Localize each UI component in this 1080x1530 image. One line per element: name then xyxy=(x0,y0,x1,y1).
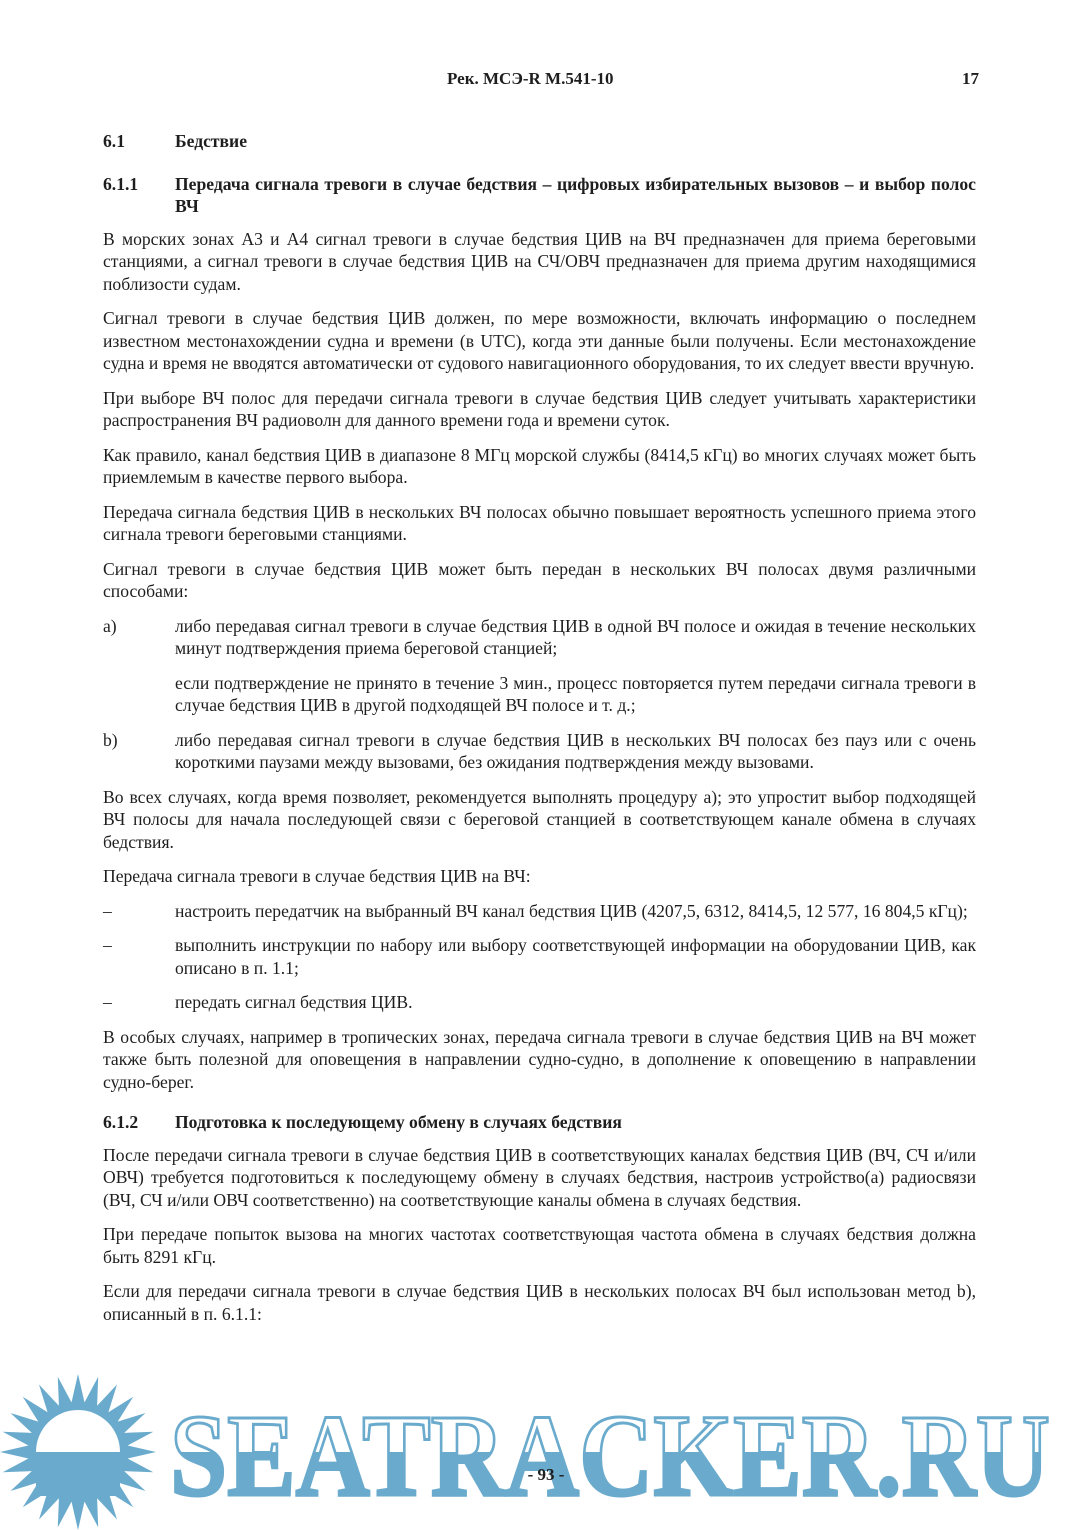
watermark-text: SEATRACKER.RU SEATRACKER.RU xyxy=(170,1390,1050,1521)
list-item: – настроить передатчик на выбранный ВЧ к… xyxy=(103,900,976,923)
running-header: Рек. МСЭ-R M.541-10 17 xyxy=(0,68,1080,92)
paragraph: Сигнал тревоги в случае бедствия ЦИВ дол… xyxy=(103,307,976,375)
list-marker: – xyxy=(103,900,175,923)
paragraph: При выборе ВЧ полос для передачи сигнала… xyxy=(103,387,976,432)
list-marker: – xyxy=(103,934,175,979)
header-page-number: 17 xyxy=(962,68,979,91)
list-item-text: выполнить инструкции по набору или выбор… xyxy=(175,934,976,979)
paragraph: Как правило, канал бедствия ЦИВ в диапаз… xyxy=(103,444,976,489)
list-item-text: либо передавая сигнал тревоги в случае б… xyxy=(175,729,976,774)
paragraph: В особых случаях, например в тропических… xyxy=(103,1026,976,1094)
section-heading-6-1: 6.1 Бедствие xyxy=(103,130,976,153)
list-item: a) либо передавая сигнал тревоги в случа… xyxy=(103,615,976,660)
list-item-text: настроить передатчик на выбранный ВЧ кан… xyxy=(175,900,976,923)
paragraph: Если для передачи сигнала тревоги в случ… xyxy=(103,1280,976,1325)
list-item-text: либо передавая сигнал тревоги в случае б… xyxy=(175,615,976,660)
paragraph: Передача сигнала тревоги в случае бедств… xyxy=(103,865,976,888)
seatracker-watermark: SEATRACKER.RU SEATRACKER.RU xyxy=(0,1370,1080,1530)
section-number: 6.1.2 xyxy=(103,1111,175,1134)
list-item-continuation: если подтверждение не принято в течение … xyxy=(175,672,976,717)
document-reference: Рек. МСЭ-R M.541-10 xyxy=(447,68,614,91)
list-item: b) либо передавая сигнал тревоги в случа… xyxy=(103,729,976,774)
paragraph: При передаче попыток вызова на многих ча… xyxy=(103,1223,976,1268)
section-title: Бедствие xyxy=(175,130,976,153)
section-number: 6.1 xyxy=(103,130,175,153)
list-item: – выполнить инструкции по набору или выб… xyxy=(103,934,976,979)
page-label: - 93 - xyxy=(528,1465,565,1484)
paragraph: Сигнал тревоги в случае бедствия ЦИВ мож… xyxy=(103,558,976,603)
sun-over-sea-icon xyxy=(0,1374,156,1530)
list-marker: b) xyxy=(103,729,175,774)
section-title: Передача сигнала тревоги в случае бедств… xyxy=(175,173,976,218)
document-page: Рек. МСЭ-R M.541-10 17 6.1 Бедствие 6.1.… xyxy=(0,0,1080,1530)
paragraph: После передачи сигнала тревоги в случае … xyxy=(103,1144,976,1212)
footer-page-number: - 93 - xyxy=(0,1464,1080,1487)
paragraph: Во всех случаях, когда время позволяет, … xyxy=(103,786,976,854)
section-heading-6-1-2: 6.1.2 Подготовка к последующему обмену в… xyxy=(103,1111,976,1134)
document-body: 6.1 Бедствие 6.1.1 Передача сигнала трев… xyxy=(103,130,976,1337)
list-marker: a) xyxy=(103,615,175,660)
list-item-text: передать сигнал бедствия ЦИВ. xyxy=(175,991,976,1014)
paragraph: В морских зонах А3 и А4 сигнал тревоги в… xyxy=(103,228,976,296)
paragraph: Передача сигнала бедствия ЦИВ в нескольк… xyxy=(103,501,976,546)
section-heading-6-1-1: 6.1.1 Передача сигнала тревоги в случае … xyxy=(103,173,976,218)
section-title: Подготовка к последующему обмену в случа… xyxy=(175,1111,976,1134)
section-number: 6.1.1 xyxy=(103,173,175,218)
list-marker: – xyxy=(103,991,175,1014)
list-item: – передать сигнал бедствия ЦИВ. xyxy=(103,991,976,1014)
